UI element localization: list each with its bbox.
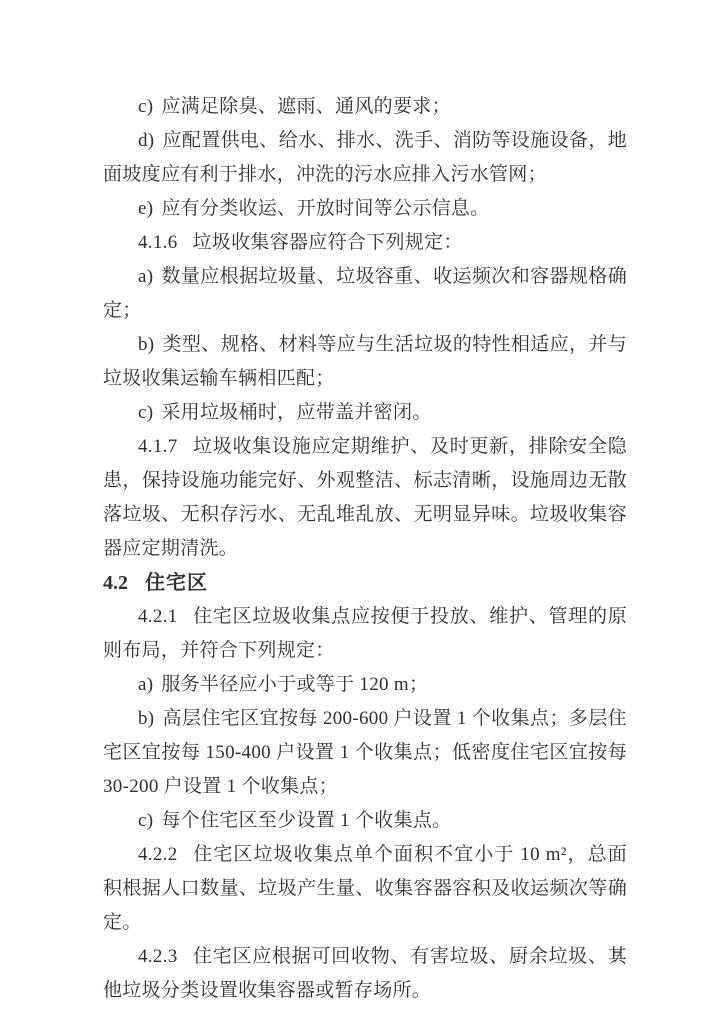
- list-item-paragraph: d)应配置供电、给水、排水、洗手、消防等设施设备，地面坡度应有利于排水，冲洗的污…: [103, 124, 627, 192]
- list-item-label: d): [138, 130, 154, 151]
- list-item-text: 每个住宅区至少设置 1 个收集点。: [161, 810, 451, 831]
- list-item-label: c): [138, 96, 153, 117]
- clause-number: 4.2.2: [138, 844, 178, 865]
- section-heading: 4.2住宅区: [103, 566, 627, 600]
- clause-paragraph: 4.2.2住宅区垃圾收集点单个面积不宜小于 10 m²，总面积根据人口数量、垃圾…: [103, 838, 627, 940]
- list-item-text: 采用垃圾桶时，应带盖并密闭。: [161, 402, 431, 423]
- clause-paragraph: 4.1.7垃圾收集设施应定期维护、及时更新，排除安全隐患，保持设施功能完好、外观…: [103, 430, 627, 566]
- list-item-paragraph: a)服务半径应小于或等于 120 m；: [103, 668, 627, 702]
- list-item-label: a): [138, 674, 153, 695]
- clause-text: 垃圾收集容器应符合下列规定：: [193, 232, 463, 253]
- list-item-paragraph: b)高层住宅区宜按每 200-600 户设置 1 个收集点；多层住宅区宜按每 1…: [103, 702, 627, 804]
- clause-text: 住宅区垃圾收集点单个面积不宜小于 10 m²，总面积根据人口数量、垃圾产生量、收…: [103, 844, 627, 933]
- list-item-label: a): [138, 266, 153, 287]
- list-item-text: 数量应根据垃圾量、垃圾容重、收运频次和容器规格确定；: [103, 266, 627, 321]
- clause-paragraph: 4.2.1住宅区垃圾收集点应按便于投放、维护、管理的原则布局，并符合下列规定：: [103, 600, 627, 668]
- list-item-text: 高层住宅区宜按每 200-600 户设置 1 个收集点；多层住宅区宜按每 150…: [103, 708, 627, 797]
- section-title: 住宅区: [145, 572, 208, 594]
- list-item-label: b): [138, 708, 154, 729]
- list-item-text: 应有分类收运、开放时间等公示信息。: [161, 198, 489, 219]
- clause-paragraph: 4.1.6垃圾收集容器应符合下列规定：: [103, 226, 627, 260]
- clause-text: 住宅区应根据可回收物、有害垃圾、厨余垃圾、其他垃圾分类设置收集容器或暂存场所。: [103, 946, 627, 1001]
- clause-paragraph: 4.2.3住宅区应根据可回收物、有害垃圾、厨余垃圾、其他垃圾分类设置收集容器或暂…: [103, 940, 627, 1008]
- list-item-paragraph: c)每个住宅区至少设置 1 个收集点。: [103, 804, 627, 838]
- list-item-label: e): [138, 198, 153, 219]
- document-body: c)应满足除臭、遮雨、通风的要求；d)应配置供电、给水、排水、洗手、消防等设施设…: [103, 90, 627, 1008]
- list-item-label: c): [138, 810, 153, 831]
- list-item-text: 类型、规格、材料等应与生活垃圾的特性相适应，并与垃圾收集运输车辆相匹配；: [103, 334, 627, 389]
- clause-text: 住宅区垃圾收集点应按便于投放、维护、管理的原则布局，并符合下列规定：: [103, 606, 627, 661]
- list-item-text: 应配置供电、给水、排水、洗手、消防等设施设备，地面坡度应有利于排水，冲洗的污水应…: [103, 130, 627, 185]
- clause-number: 4.2.1: [138, 606, 178, 627]
- list-item-paragraph: e)应有分类收运、开放时间等公示信息。: [103, 192, 627, 226]
- list-item-label: b): [138, 334, 154, 355]
- list-item-label: c): [138, 402, 153, 423]
- clause-number: 4.1.7: [138, 436, 178, 457]
- clause-number: 4.2.3: [138, 946, 178, 967]
- page-number: 7: [600, 944, 634, 972]
- list-item-text: 应满足除臭、遮雨、通风的要求；: [161, 96, 451, 117]
- list-item-paragraph: a)数量应根据垃圾量、垃圾容重、收运频次和容器规格确定；: [103, 260, 627, 328]
- list-item-paragraph: c)采用垃圾桶时，应带盖并密闭。: [103, 396, 627, 430]
- list-item-paragraph: b)类型、规格、材料等应与生活垃圾的特性相适应，并与垃圾收集运输车辆相匹配；: [103, 328, 627, 396]
- list-item-text: 服务半径应小于或等于 120 m；: [161, 674, 428, 695]
- clause-text: 垃圾收集设施应定期维护、及时更新，排除安全隐患，保持设施功能完好、外观整洁、标志…: [103, 436, 627, 559]
- document-page: c)应满足除臭、遮雨、通风的要求；d)应配置供电、给水、排水、洗手、消防等设施设…: [0, 0, 725, 1024]
- section-number: 4.2: [103, 572, 128, 594]
- clause-number: 4.1.6: [138, 232, 178, 253]
- list-item-paragraph: c)应满足除臭、遮雨、通风的要求；: [103, 90, 627, 124]
